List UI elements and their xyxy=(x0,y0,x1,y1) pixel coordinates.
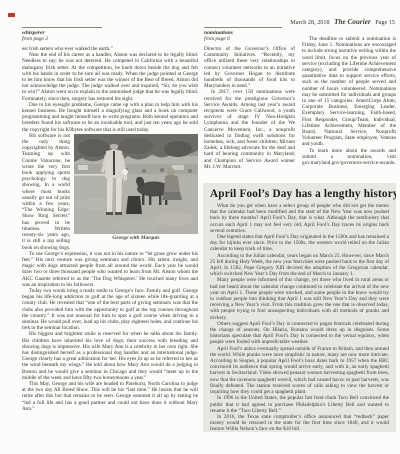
whisperer-continuation-header: whisperer from page 3 xyxy=(22,27,102,42)
paragraph: Others suggest April Fool’s Day is conne… xyxy=(210,321,389,346)
nominations-body-col2: The deadline to submit a nomination is F… xyxy=(302,36,396,166)
nominations-continuation-header: nominations from page 6 xyxy=(204,27,282,42)
paragraph: Near the end of his career as a handler,… xyxy=(22,52,198,102)
paragraph: The deadline to submit a nomination is F… xyxy=(302,36,396,148)
nominations-article-col1: nominations from page 6 Director of the … xyxy=(204,27,295,170)
whisperer-body: est Irish setters who ever walked the ea… xyxy=(22,46,198,412)
april-fools-article-box: April Fool’s Day has a lengthy history W… xyxy=(203,183,396,432)
paragraph: In 1996 in the United States, the popula… xyxy=(210,395,389,414)
paragraph: According to the Julian calendar, years … xyxy=(210,253,389,278)
page-date: March 28, 2018 xyxy=(290,19,329,26)
paragraph: Many people were informed of this change… xyxy=(210,277,389,320)
newspaper-page: March 28, 2018 The Courier Page 15 whisp… xyxy=(0,0,400,454)
paragraph: To use George’s expression, it was not i… xyxy=(22,251,198,288)
april-fools-title: April Fool’s Day has a lengthy history xyxy=(210,188,389,200)
article-photo: George with Marquis xyxy=(74,134,198,242)
paragraph: Director of the Governor’s Office of Com… xyxy=(204,46,295,89)
photo-caption: George with Marquis xyxy=(74,235,198,241)
nominations-article-col2: The deadline to submit a nomination is F… xyxy=(302,36,396,166)
paper-name: The Courier xyxy=(331,18,374,26)
nominations-body-col1: Director of the Governor’s Office of Com… xyxy=(204,46,295,170)
print-registration-mark-icon xyxy=(8,13,15,17)
paragraph: Today two words bring a ready smile to G… xyxy=(22,288,198,331)
dog-show-photo xyxy=(74,134,198,234)
paragraph: Due to his eyesight problems, George cam… xyxy=(22,102,198,133)
masthead: March 28, 2018 The Courier Page 15 xyxy=(135,18,395,26)
paragraph: To learn more about the awards and submi… xyxy=(302,148,396,167)
continued-from-note: from page 6 xyxy=(204,36,282,42)
page-number: Page 15 xyxy=(375,19,395,26)
paragraph: In 2016, the Texas state comptroller’s o… xyxy=(210,414,389,432)
paragraph: His biggest and brightest smile is reser… xyxy=(22,331,198,381)
continued-from-note: from page 3 xyxy=(22,36,102,42)
paragraph: One legend states that April Fool’s Day … xyxy=(210,234,389,253)
paragraph: What do you get when have a select group… xyxy=(210,203,389,234)
paragraph: April Fool’s antics eventually spread ou… xyxy=(210,346,389,396)
paragraph: In 2017, over 150 nominations were recei… xyxy=(204,89,295,170)
whisperer-article: whisperer from page 3 est Irish setters … xyxy=(22,27,198,412)
article-slug: whisperer xyxy=(22,30,102,36)
article-slug: nominations xyxy=(204,30,282,36)
paragraph: This May, George and his wife are headed… xyxy=(22,381,198,412)
april-fools-body: What do you get when have a select group… xyxy=(210,203,389,432)
